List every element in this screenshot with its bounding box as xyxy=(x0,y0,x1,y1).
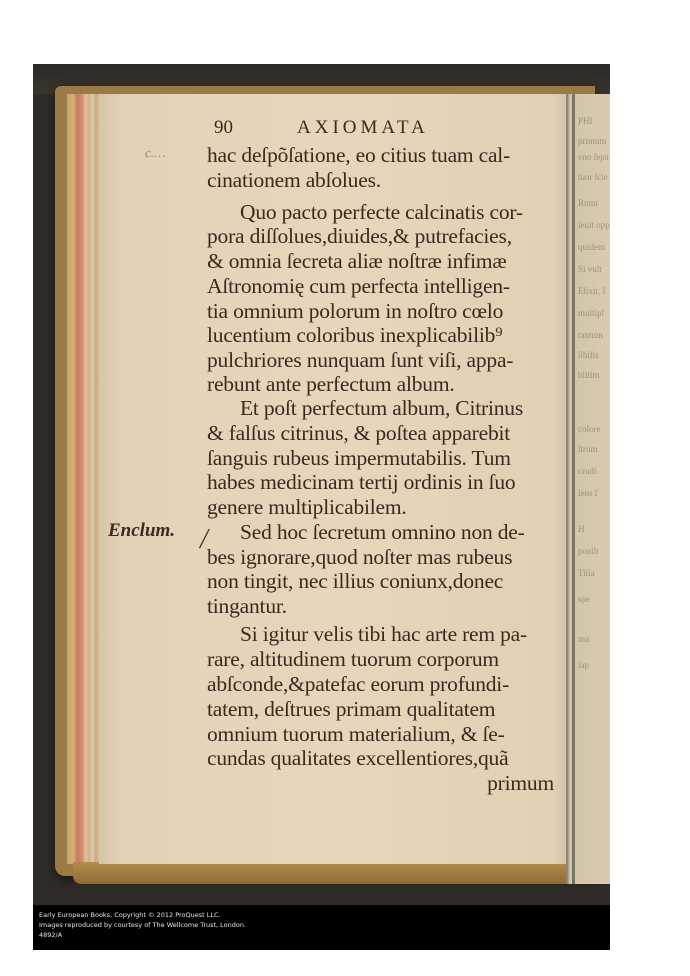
courtesy-line: Images reproduced by courtesy of The Wel… xyxy=(39,921,246,929)
text-line: Sed hoc ſecretum omnino non de- xyxy=(240,520,525,545)
copyright-line: Early European Books, Copyright © 2012 P… xyxy=(39,911,221,919)
text-line: tia omnium polorum in noſtro cœlo xyxy=(207,299,503,324)
text-line: habes medicinam tertij ordinis in ſuo xyxy=(207,470,515,495)
running-head: AXIOMATA xyxy=(297,117,429,139)
bleed-text: ſibilis xyxy=(578,350,599,360)
text-line: Si igitur velis tibi hac arte rem pa- xyxy=(240,622,527,647)
text-line: abſconde,&patefac eorum profundi- xyxy=(207,672,509,697)
bleed-text: Si vult xyxy=(578,264,602,274)
bleed-text: lens ſ xyxy=(578,488,597,498)
bleed-text: PHI xyxy=(578,116,593,126)
bleed-text: Rumi xyxy=(578,198,598,208)
gutter xyxy=(572,94,575,884)
text-line: pulchriores nunquam ſunt viſi, appa- xyxy=(207,348,513,373)
bleed-text: vno ſepa xyxy=(578,152,609,162)
page-number: 90 xyxy=(214,117,233,139)
shelfmark: 4892/A xyxy=(39,931,62,939)
book-bottom-edge xyxy=(73,862,583,884)
bleed-text: crudi xyxy=(578,466,597,476)
bleed-text: H xyxy=(578,524,585,534)
margin-note-faded: c.… xyxy=(145,145,166,161)
page-edges xyxy=(67,94,101,864)
bleed-text: primum xyxy=(578,136,607,146)
copyright-footer: Early European Books, Copyright © 2012 P… xyxy=(33,905,610,950)
text-line: Quo pacto perfecte calcinatis cor- xyxy=(240,200,523,225)
bleed-text: spe xyxy=(578,594,590,604)
text-line: genere multiplicabilem. xyxy=(207,495,407,520)
text-line: & omnia ſecreta aliæ noſtræ infimæ xyxy=(207,249,507,274)
text-line: rare, altitudinem tuorum corporum xyxy=(207,647,499,672)
bleed-text: ſtrum xyxy=(578,444,598,454)
text-line: bes ignorare,quod noſter mas rubeus xyxy=(207,545,512,570)
bleed-text: ponib xyxy=(578,546,599,556)
text-line: Et poſt perfectum album, Citrinus xyxy=(240,396,523,421)
bleed-text: quidem xyxy=(578,242,605,252)
text-line: non tingit, nec illius coniunx,donec xyxy=(207,569,503,594)
bleed-text: ma xyxy=(578,634,589,644)
margin-note-handwritten: Enclum. xyxy=(108,520,175,542)
bleed-text: ſeuit opp xyxy=(578,220,610,230)
bleed-text: colore xyxy=(578,424,601,434)
bleed-text: Elixir, f xyxy=(578,286,606,296)
text-line: cinationem abſolues. xyxy=(207,168,381,193)
bleed-text: blitim xyxy=(578,370,600,380)
catchword: primum xyxy=(487,771,554,796)
bleed-text: Tilia xyxy=(578,568,595,578)
text-line: Aſtronomię cum perfecta intelligen- xyxy=(207,274,510,299)
text-line: cundas qualitates excellentiores,quã xyxy=(207,746,508,771)
text-line: rebunt ante perfectum album. xyxy=(207,372,455,397)
text-line: lucentium coloribus inexplicabilib⁹ xyxy=(207,323,502,348)
text-line: hac deſpõſatione, eo citius tuam cal- xyxy=(207,143,510,168)
bleed-text: ſap xyxy=(578,660,589,670)
text-line: tatem, deſtrues primam qualitatem xyxy=(207,697,495,722)
facing-page: PHI primum vno ſepa tuor ſcie Rumi ſeuit… xyxy=(566,94,610,884)
text-line: omnium tuorum materialium, & ſe- xyxy=(207,722,505,747)
text-line: pora diſſolues,diuides,& putrefacies, xyxy=(207,224,512,249)
bleed-text: tuor ſcie xyxy=(578,172,608,182)
bleed-text: multipl xyxy=(578,308,604,318)
text-line: & falſus citrinus, & poſtea apparebit xyxy=(207,421,510,446)
text-line: tingantur. xyxy=(207,594,287,619)
bleed-text: tantum xyxy=(578,330,603,340)
text-line: ſanguis rubeus impermutabilis. Tum xyxy=(207,446,511,471)
